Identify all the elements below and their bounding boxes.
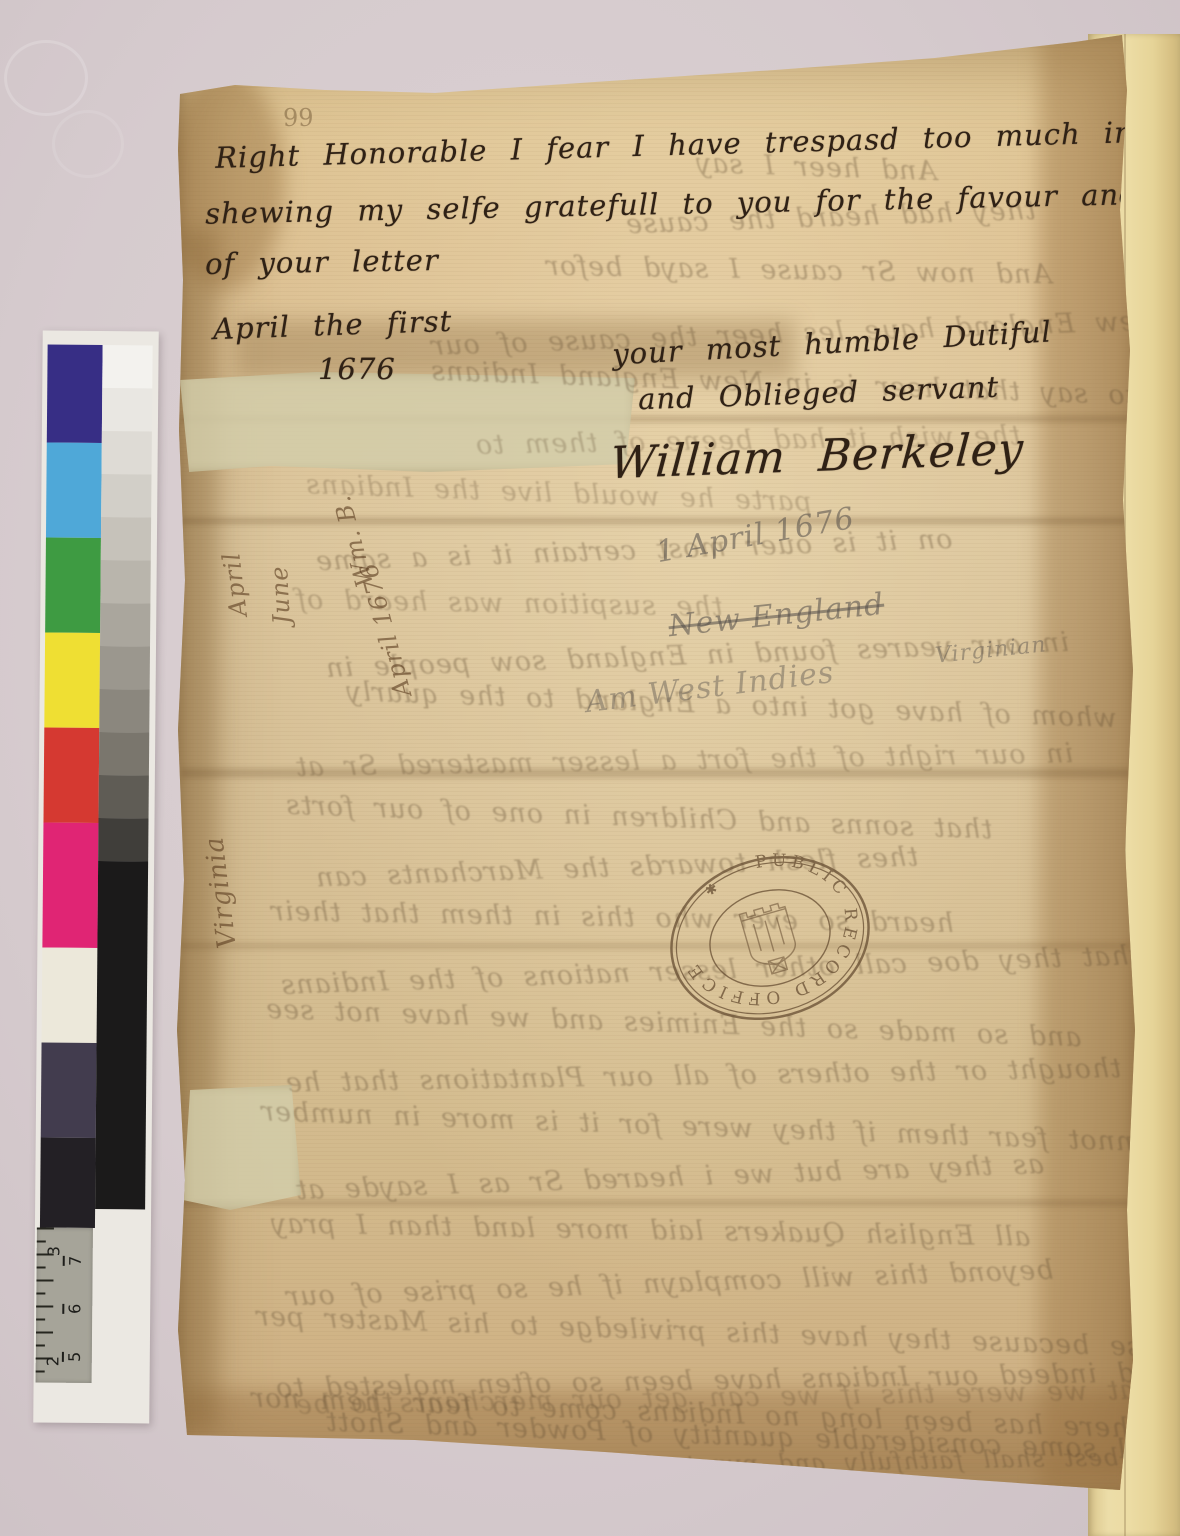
background-ghost-mark: [4, 40, 88, 116]
grayscale-step: [102, 345, 152, 388]
grayscale-step: [98, 818, 148, 861]
grayscale-step: [101, 474, 151, 517]
grayscale-step: [102, 431, 152, 474]
color-patch-red: [43, 728, 99, 823]
ruler-number-6: 6: [62, 1304, 84, 1314]
page-number-stamp: 66: [283, 102, 314, 130]
grayscale-step: [100, 603, 150, 646]
photographic-ruler: 3 2 7 6 5: [36, 1227, 93, 1382]
ruler-number-2: 2: [43, 1356, 62, 1366]
color-patch-magenta: [42, 823, 98, 948]
letter-line-3: of your letter: [205, 243, 439, 281]
grayscale-step: [100, 646, 150, 689]
ruler-number-3: 3: [44, 1246, 63, 1256]
color-patch-black: [40, 1138, 96, 1228]
ruler-number-7: 7: [63, 1256, 85, 1266]
ruler-number-5: 5: [62, 1352, 84, 1362]
grayscale-step: [101, 517, 151, 560]
grayscale-black-block: [95, 861, 148, 1209]
grayscale-step: [102, 388, 152, 431]
endorsement-june: June: [265, 565, 296, 625]
dateline-year: 1676: [318, 352, 396, 386]
grayscale-step: [100, 560, 150, 603]
color-patch-light-blue: [46, 443, 102, 538]
stamp-castle-emblem: [739, 902, 801, 978]
color-patch-dark-slate: [41, 1043, 97, 1138]
color-patch-indigo: [47, 345, 103, 443]
grayscale-step: [99, 732, 149, 775]
background-ghost-mark: [52, 110, 124, 178]
grayscale-step: [99, 689, 149, 732]
color-patch-green: [45, 538, 101, 633]
fold-crease: [181, 515, 1131, 527]
manuscript-page: And heer I say they had heard the cause …: [175, 30, 1137, 1496]
color-calibration-card: 3 2 7 6 5: [33, 331, 159, 1424]
color-patch-white: [42, 948, 98, 1043]
color-patch-yellow: [44, 633, 100, 728]
stamp-star-icon: ✱: [704, 881, 720, 900]
grayscale-step: [99, 775, 149, 818]
